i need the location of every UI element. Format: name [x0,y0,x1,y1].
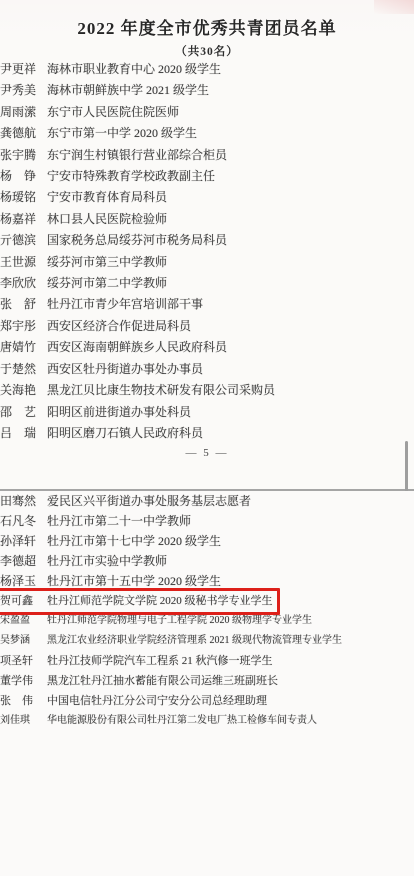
roster-row: 杨 铮宁安市特殊教育学校政教副主任 [0,166,414,187]
member-name: 杨 铮 [0,166,38,187]
member-name: 石凡冬 [0,511,38,531]
page-1: 2022 年度全市优秀共青团员名单 （共30名） 尹更祥海林市职业教育中心 20… [0,0,414,489]
member-name: 尹更祥 [0,59,38,80]
roster-row: 张 伟中国电信牡丹江分公司宁安分公司总经理助理 [0,691,414,711]
member-affiliation: 绥芬河市第二中学教师 [47,276,167,290]
member-name: 贺可鑫 [0,591,38,611]
member-name: 杨瑷铭 [0,187,38,208]
roster-row: 杨瑷铭宁安市教育体育局科员 [0,187,414,208]
member-name: 项圣轩 [0,651,38,671]
roster-row: 杨嘉祥林口县人民医院检验师 [0,209,414,230]
member-name: 吕 瑞 [0,423,38,444]
member-affiliation: 黑龙江农业经济职业学院经济管理系 2021 级现代物流管理专业学生 [47,635,342,646]
member-affiliation: 宁安市教育体育局科员 [47,190,167,204]
roster-page1: 尹更祥海林市职业教育中心 2020 级学生尹秀美海林市朝鲜族中学 2021 级学… [0,59,414,444]
member-name: 于楚然 [0,359,38,380]
roster-row: 李欣欣绥芬河市第二中学教师 [0,273,414,294]
member-affiliation: 牡丹江市第十七中学 2020 级学生 [47,534,221,548]
roster-row: 吴梦涵黑龙江农业经济职业学院经济管理系 2021 级现代物流管理专业学生 [0,631,414,651]
member-affiliation: 宁安市特殊教育学校政教副主任 [47,169,215,183]
roster-row: 亓德滨国家税务总局绥芬河市税务局科员 [0,230,414,251]
roster-row: 项圣轩牡丹江技师学院汽车工程系 21 秋汽修一班学生 [0,651,414,671]
page-2: 田骞然爱民区兴平街道办事处服务基层志愿者石凡冬牡丹江市第二十一中学教师孙泽轩牡丹… [0,491,414,876]
member-affiliation: 东宁市人民医院住院医师 [47,105,179,119]
member-name: 李欣欣 [0,273,38,294]
member-name: 吴梦涵 [0,631,38,651]
member-affiliation: 爱民区兴平街道办事处服务基层志愿者 [47,494,251,508]
scanned-document: 2022 年度全市优秀共青团员名单 （共30名） 尹更祥海林市职业教育中心 20… [0,0,414,876]
member-affiliation: 黑龙江牡丹江抽水蓄能有限公司运维三班副班长 [47,675,278,687]
member-affiliation: 华电能源股份有限公司牡丹江第二发电厂热工检修车间专责人 [47,715,317,726]
roster-row: 张 舒牡丹江市青少年宫培训部干事 [0,294,414,315]
roster-row: 唐婧竹西安区海南朝鲜族乡人民政府科员 [0,337,414,358]
member-affiliation: 阳明区磨刀石镇人民政府科员 [47,426,203,440]
roster-page2: 田骞然爱民区兴平街道办事处服务基层志愿者石凡冬牡丹江市第二十一中学教师孙泽轩牡丹… [0,491,414,731]
member-affiliation: 牡丹江技师学院汽车工程系 21 秋汽修一班学生 [47,655,273,667]
member-name: 张 舒 [0,294,38,315]
member-name: 李德超 [0,551,38,571]
member-affiliation: 牡丹江市实验中学教师 [47,554,167,568]
member-affiliation: 东宁润生村镇银行营业部综合柜员 [47,148,227,162]
roster-row: 董学伟黑龙江牡丹江抽水蓄能有限公司运维三班副班长 [0,671,414,691]
member-name: 亓德滨 [0,230,38,251]
roster-row: 龚德航东宁市第一中学 2020 级学生 [0,123,414,144]
roster-row: 尹秀美海林市朝鲜族中学 2021 级学生 [0,80,414,101]
member-affiliation: 海林市职业教育中心 2020 级学生 [47,62,221,76]
member-affiliation: 牡丹江师范学院文学院 2020 级秘书学专业学生 [47,595,273,607]
roster-row: 刘佳琪华电能源股份有限公司牡丹江第二发电厂热工检修车间专责人 [0,711,414,731]
member-name: 尹秀美 [0,80,38,101]
roster-row: 石凡冬牡丹江市第二十一中学教师 [0,511,414,531]
roster-row: 关海艳黑龙江贝比康生物技术研发有限公司采购员 [0,380,414,401]
member-name: 唐婧竹 [0,337,38,358]
member-name: 龚德航 [0,123,38,144]
scan-corner-tint [374,0,414,14]
member-affiliation: 牡丹江市第十五中学 2020 级学生 [47,574,221,588]
page-subtitle: （共30名） [0,43,414,59]
page-title: 2022 年度全市优秀共青团员名单 [0,0,414,39]
member-name: 邵 艺 [0,402,38,423]
member-name: 郑宇彤 [0,316,38,337]
member-affiliation: 林口县人民医院检验师 [47,212,167,226]
member-affiliation: 牡丹江市第二十一中学教师 [47,514,191,528]
member-affiliation: 黑龙江贝比康生物技术研发有限公司采购员 [47,383,275,397]
roster-row: 张宇腾东宁润生村镇银行营业部综合柜员 [0,145,414,166]
member-name: 张宇腾 [0,145,38,166]
roster-row: 邵 艺阳明区前进街道办事处科员 [0,402,414,423]
member-affiliation: 东宁市第一中学 2020 级学生 [47,126,197,140]
member-affiliation: 牡丹江市青少年宫培训部干事 [47,297,203,311]
member-affiliation: 西安区牡丹街道办事处办事员 [47,362,203,376]
page-number: — 5 — [0,447,414,459]
member-name: 王世源 [0,252,38,273]
member-name: 董学伟 [0,671,38,691]
member-affiliation: 国家税务总局绥芬河市税务局科员 [47,233,227,247]
member-name: 张 伟 [0,691,38,711]
roster-row: 尹更祥海林市职业教育中心 2020 级学生 [0,59,414,80]
member-affiliation: 牡丹江师范学院物理与电子工程学院 2020 级物理学专业学生 [47,615,312,626]
roster-row: 于楚然西安区牡丹街道办事处办事员 [0,359,414,380]
roster-row: 吕 瑞阳明区磨刀石镇人民政府科员 [0,423,414,444]
member-name: 周雨潆 [0,102,38,123]
member-affiliation: 海林市朝鲜族中学 2021 级学生 [47,83,209,97]
roster-row: 王世源绥芬河市第三中学教师 [0,252,414,273]
member-name: 杨嘉祥 [0,209,38,230]
roster-row-highlighted: 贺可鑫牡丹江师范学院文学院 2020 级秘书学专业学生 [0,591,414,611]
member-affiliation: 阳明区前进街道办事处科员 [47,405,191,419]
member-affiliation: 西安区海南朝鲜族乡人民政府科员 [47,340,227,354]
roster-row: 孙泽轩牡丹江市第十七中学 2020 级学生 [0,531,414,551]
roster-row: 李德超牡丹江市实验中学教师 [0,551,414,571]
member-name: 刘佳琪 [0,711,38,731]
member-affiliation: 中国电信牡丹江分公司宁安分公司总经理助理 [47,695,267,707]
member-name: 关海艳 [0,380,38,401]
member-name: 田骞然 [0,491,38,511]
member-name: 孙泽轩 [0,531,38,551]
roster-row: 周雨潆东宁市人民医院住院医师 [0,102,414,123]
member-affiliation: 绥芬河市第三中学教师 [47,255,167,269]
member-affiliation: 西安区经济合作促进局科员 [47,319,191,333]
roster-row: 田骞然爱民区兴平街道办事处服务基层志愿者 [0,491,414,511]
roster-row: 郑宇彤西安区经济合作促进局科员 [0,316,414,337]
